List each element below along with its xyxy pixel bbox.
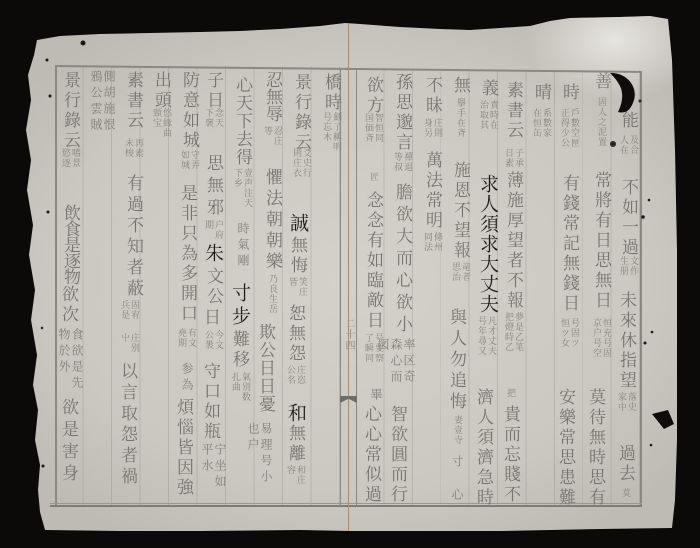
main-text: 出頭 (151, 71, 171, 111)
interlinear-gloss: 把 (505, 388, 515, 400)
interlinear-gloss: 智恒同国価斉 (363, 113, 383, 145)
main-text: 防意如城 (179, 71, 199, 151)
main-text: 萬法常明 (422, 151, 442, 231)
main-text: 無悔 (287, 236, 307, 276)
interlinear-gloss: 庄恣公名 (285, 365, 305, 387)
main-text: 日 (200, 308, 220, 328)
interlinear-gloss: 莫 (620, 488, 630, 500)
main-text: 常將有日思無日 (591, 171, 611, 311)
main-text: 晴 (531, 83, 551, 103)
interlinear-gloss: 笑庄皆 (287, 277, 307, 299)
interlinear-gloss: 庄則身另 (422, 118, 442, 140)
interlinear-gloss: 固宥兵是 (119, 300, 139, 322)
main-text: 飲食是逐物 (60, 204, 80, 284)
interlinear-gloss: 忍庄等 (262, 126, 282, 148)
interlinear-gloss: 戶數空匣正得少公 (559, 108, 579, 150)
interlinear-gloss: 及合人在 (618, 135, 638, 157)
main-text: 恕無怨 (285, 304, 305, 364)
main-text: 莫待無時思有 (585, 388, 605, 508)
black-ink-annotation: 寸步 (229, 283, 251, 329)
interlinear-gloss: 念天下褒 (203, 108, 223, 130)
interlinear-gloss: 今文公褁 (203, 330, 223, 352)
main-text: 與人勿追悔 (446, 308, 466, 413)
interlinear-gloss: 爻史行則庄衣 (291, 148, 311, 180)
interlinear-gloss: 悠緣曲頸宝 (151, 108, 171, 140)
interlinear-gloss: 恒充号固京户号空 (591, 318, 611, 360)
interlinear-gloss: 劍了稱明号忘木 (321, 112, 341, 154)
interlinear-gloss: 号要察了瞬同 (363, 333, 383, 365)
main-text: 景行錄云 (291, 73, 311, 153)
interlinear-gloss: 食欲是先物於外 (57, 328, 83, 394)
interlinear-gloss: 寸 (450, 455, 463, 471)
black-ink-annotation: 朱 (202, 243, 224, 263)
interlinear-gloss: 夢是乙笔把燈時乙 (503, 312, 523, 354)
main-text: 安樂常思患難 (555, 388, 575, 508)
main-text: 時 (559, 83, 579, 103)
main-text: 無離 (285, 424, 305, 464)
interlinear-gloss: 禪退等叔 (392, 152, 412, 174)
interlinear-gloss: 時氣剛 (236, 222, 249, 270)
main-text: 是非只為多開口 (177, 184, 197, 324)
main-text: 懼法朝朝樂 (262, 168, 282, 273)
main-text: 欲方 (363, 76, 383, 116)
main-text: 過去 (615, 444, 635, 484)
interlinear-gloss: 心 (450, 488, 463, 504)
main-text: 難移 (229, 330, 249, 370)
main-text: 有錢常記無錢日 (559, 174, 579, 314)
interlinear-gloss: 氣别数扎曲 (230, 372, 250, 404)
interlinear-gloss: 竜者思治 (450, 262, 470, 284)
interlinear-gloss: 守弄如城 (179, 150, 199, 172)
interlinear-gloss: 宁坐如平水 (200, 443, 226, 491)
interlinear-gloss: 系數家在恒缶 (531, 108, 551, 140)
main-text: 義 (478, 79, 498, 99)
interlinear-gloss: 擧手在斉 (455, 98, 465, 140)
interlinear-gloss: 責時在治取其 (478, 100, 498, 132)
main-text: 薄施厚望者不報 (503, 171, 523, 311)
interlinear-gloss: 有文堯期 (176, 328, 196, 350)
interlinear-gloss: 乃良生岳 (267, 274, 277, 316)
main-text: 思無邪 (203, 154, 223, 220)
interlinear-gloss: 匠 (368, 172, 378, 184)
main-text: 以言取怨者禍 (117, 362, 137, 488)
main-text: 施恩不望報 (450, 161, 470, 261)
main-text: 文公 (203, 267, 223, 307)
main-text: 欺公日日憂 (255, 323, 275, 413)
interlinear-gloss: 凡才丈夫号年尋又 (476, 316, 496, 358)
interlinear-gloss: 和庄容 (285, 465, 305, 487)
main-text: 有過不知者蔽 (123, 174, 143, 300)
black-ink-annotation: 求人須求大丈夫 (477, 174, 499, 314)
interlinear-gloss: 落史家中 (616, 392, 636, 414)
main-text: 念念有如臨敵日 (363, 191, 383, 331)
tear-mark-icon (652, 410, 674, 429)
interlinear-gloss: 号固ツ恒ツ女 (559, 318, 579, 350)
interlinear-gloss: 妻壹寺 (452, 415, 462, 447)
main-text: 智欲圓而行 (387, 405, 407, 505)
main-text: 素書云 (123, 71, 143, 131)
main-text: 煩惱皆因強 (173, 398, 193, 498)
main-text: 貴而忘賤不 (500, 405, 520, 505)
black-ink-annotation: 和 (285, 403, 307, 423)
interlinear-gloss: 文作生册 (618, 256, 638, 278)
interlinear-gloss: 易理号小也户 (246, 422, 272, 490)
main-text: 能 (618, 111, 638, 131)
interlinear-gloss: 户府期 (203, 220, 223, 242)
main-text: 守口如瓶 (200, 362, 220, 442)
main-text: 膽欲大而心欲小 (392, 183, 412, 337)
main-text: 欲次 (58, 285, 78, 325)
main-text: 心心常似過 (361, 405, 381, 505)
main-text: 素書云 (503, 81, 523, 141)
interlinear-gloss: 壹声注天下乡 (232, 168, 252, 210)
main-text: 景行錄云 (60, 71, 80, 151)
ink-stain-icon (610, 73, 635, 113)
black-ink-annotation: 誠 (287, 213, 309, 233)
interlinear-gloss: 固人之泥置 (596, 97, 606, 157)
interlinear-gloss: 再素未梭 (123, 138, 143, 160)
interlinear-gloss: 率区奇森心而図 (389, 338, 415, 400)
main-text: 不如一過 (618, 178, 638, 258)
main-text: 善 (591, 72, 611, 92)
main-text: 橋時 (321, 73, 341, 113)
main-text: 忍無辱 (262, 71, 282, 122)
main-text: 孫思邈言 (392, 73, 412, 153)
interlinear-gloss: 庄别屮 (119, 333, 139, 355)
main-text: 無 (450, 76, 470, 96)
interlinear-gloss: 條州同法 (422, 232, 442, 254)
main-text: 濟人須濟急時 (473, 388, 493, 508)
interlinear-gloss: 畢 (369, 388, 382, 404)
interlinear-gloss: 子承日素 (503, 148, 523, 170)
interlinear-gloss: 参為 (180, 362, 193, 394)
main-text: 欲是害身 (58, 398, 78, 486)
main-text: 子日 (203, 71, 223, 111)
main-text: 未來休指望 (616, 291, 636, 391)
main-text: 不昧 (422, 76, 442, 116)
main-text: 心天下去得 (232, 76, 252, 166)
interlinear-gloss: 側胡施恨鴉公雲賊 (89, 70, 115, 138)
interlinear-gloss: 嗜景慾逐 (60, 148, 80, 170)
